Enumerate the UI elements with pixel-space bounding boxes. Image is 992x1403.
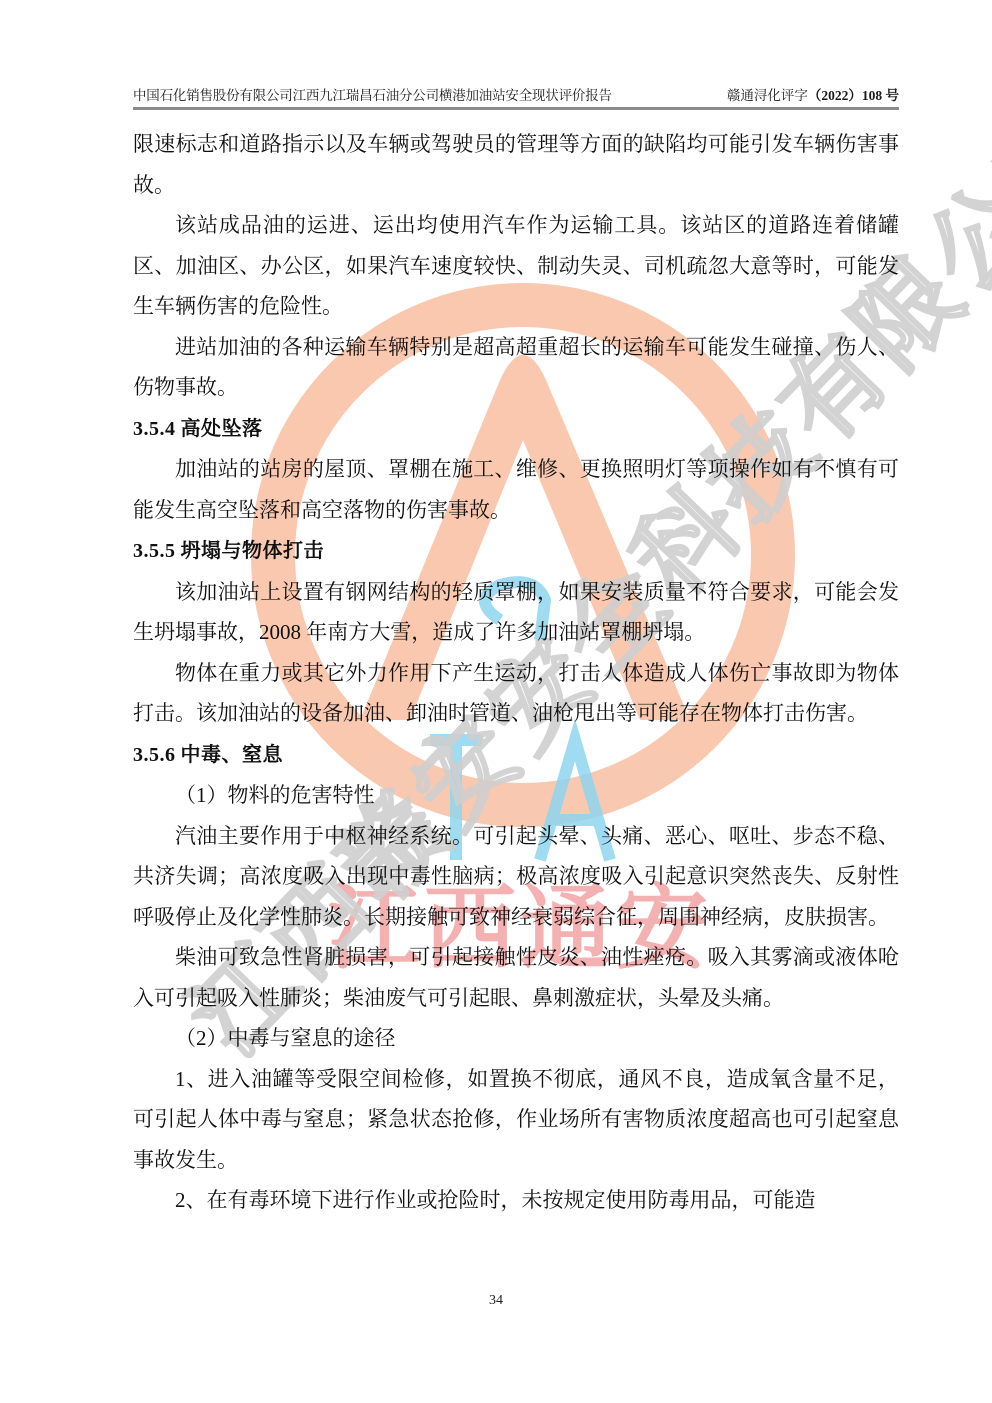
doc-number-prefix: 赣通浔化评字 [727, 88, 808, 103]
document-number: 赣通浔化评字（2022）108 号 [727, 86, 899, 106]
report-title: 中国石化销售股份有限公司江西九江瑞昌石油分公司横港加油站安全现状评价报告 [133, 86, 612, 106]
doc-number-year: （2022） [808, 88, 862, 103]
section-heading-3-5-4: 3.5.4高处坠落 [133, 408, 899, 450]
paragraph: 2、在有毒环境下进行作业或抢险时，未按规定使用防毒用品，可能造 [133, 1180, 899, 1221]
paragraph: 该加油站上设置有钢网结构的轻质罩棚，如果安装质量不符合要求，可能会发生坍塌事故，… [133, 572, 899, 653]
paragraph: 汽油主要作用于中枢神经系统。可引起头晕、头痛、恶心、呕吐、步态不稳、共济失调；高… [133, 816, 899, 938]
section-heading-3-5-5: 3.5.5坍塌与物体打击 [133, 530, 899, 572]
paragraph: 加油站的站房的屋顶、罩棚在施工、维修、更换照明灯等项操作如有不慎有可能发生高空坠… [133, 449, 899, 530]
document-body: 限速标志和道路指示以及车辆或驾驶员的管理等方面的缺陷均可能引发车辆伤害事故。 该… [133, 124, 899, 1221]
header-divider [133, 107, 899, 110]
section-number: 3.5.4 [133, 418, 176, 440]
paragraph: 进站加油的各种运输车辆特别是超高超重超长的运输车可能发生碰撞、伤人、伤物事故。 [133, 327, 899, 408]
document-page: 中国石化销售股份有限公司江西九江瑞昌石油分公司横港加油站安全现状评价报告 赣通浔… [0, 0, 992, 1403]
section-title: 坍塌与物体打击 [181, 538, 325, 562]
paragraph: 1、进入油罐等受限空间检修，如置换不彻底，通风不良，造成氧含量不足，可引起人体中… [133, 1059, 899, 1181]
section-heading-3-5-6: 3.5.6中毒、窒息 [133, 734, 899, 776]
paragraph: 该站成品油的运进、运出均使用汽车作为运输工具。该站区的道路连着储罐区、加油区、办… [133, 205, 899, 327]
paragraph: 物体在重力或其它外力作用下产生运动，打击人体造成人体伤亡事故即为物体打击。该加油… [133, 653, 899, 734]
section-number: 3.5.5 [133, 540, 176, 562]
subheading-poisoning-routes: （2）中毒与窒息的途径 [133, 1018, 899, 1059]
section-title: 中毒、窒息 [181, 742, 284, 766]
subheading-material-hazards: （1）物料的危害特性 [133, 775, 899, 816]
section-title: 高处坠落 [181, 416, 263, 440]
paragraph: 柴油可致急性肾脏损害，可引起接触性皮炎、油性痤疮。吸入其雾滴或液体呛入可引起吸入… [133, 937, 899, 1018]
doc-number-suffix: 108 号 [862, 88, 899, 103]
page-number: 34 [0, 1293, 992, 1309]
paragraph: 限速标志和道路指示以及车辆或驾驶员的管理等方面的缺陷均可能引发车辆伤害事故。 [133, 124, 899, 205]
page-header: 中国石化销售股份有限公司江西九江瑞昌石油分公司横港加油站安全现状评价报告 赣通浔… [133, 86, 899, 106]
section-number: 3.5.6 [133, 744, 176, 766]
